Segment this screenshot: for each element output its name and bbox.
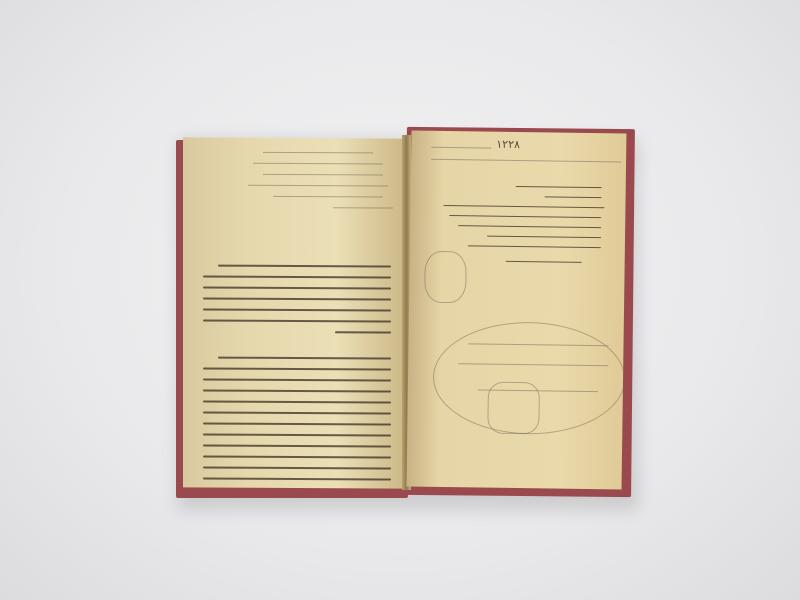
pencil-sketch-leaf [424,251,467,304]
page-header-number: ١٢٢٨ [496,138,520,151]
handwritten-notes [193,145,383,208]
left-page [183,137,403,488]
printed-text [203,256,391,489]
right-page: ١٢٢٨ [407,131,627,490]
